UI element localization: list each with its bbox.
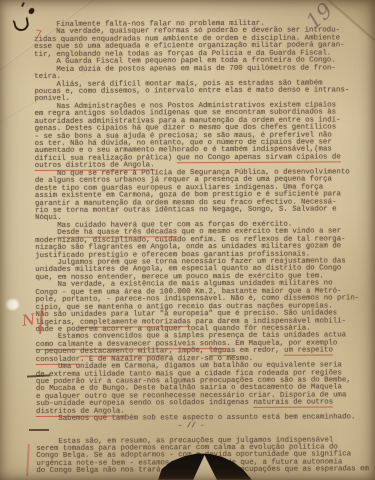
ink-blot <box>21 2 25 7</box>
typewritten-text: Finalmente falta-nos falar no problema m… <box>34 20 375 475</box>
ink-blot <box>28 7 35 14</box>
red-margin-mark-mid: N <box>21 310 37 330</box>
paper-background: Finalmente falta-nos falar no problema m… <box>0 0 375 480</box>
margin-dash-mark <box>29 429 49 431</box>
scanned-document: Finalmente falta-nos falar no problema m… <box>0 0 375 480</box>
paper-hole-spot <box>5 298 20 311</box>
ink-hook-mark <box>13 16 31 32</box>
red-margin-line-bottom <box>26 444 29 476</box>
